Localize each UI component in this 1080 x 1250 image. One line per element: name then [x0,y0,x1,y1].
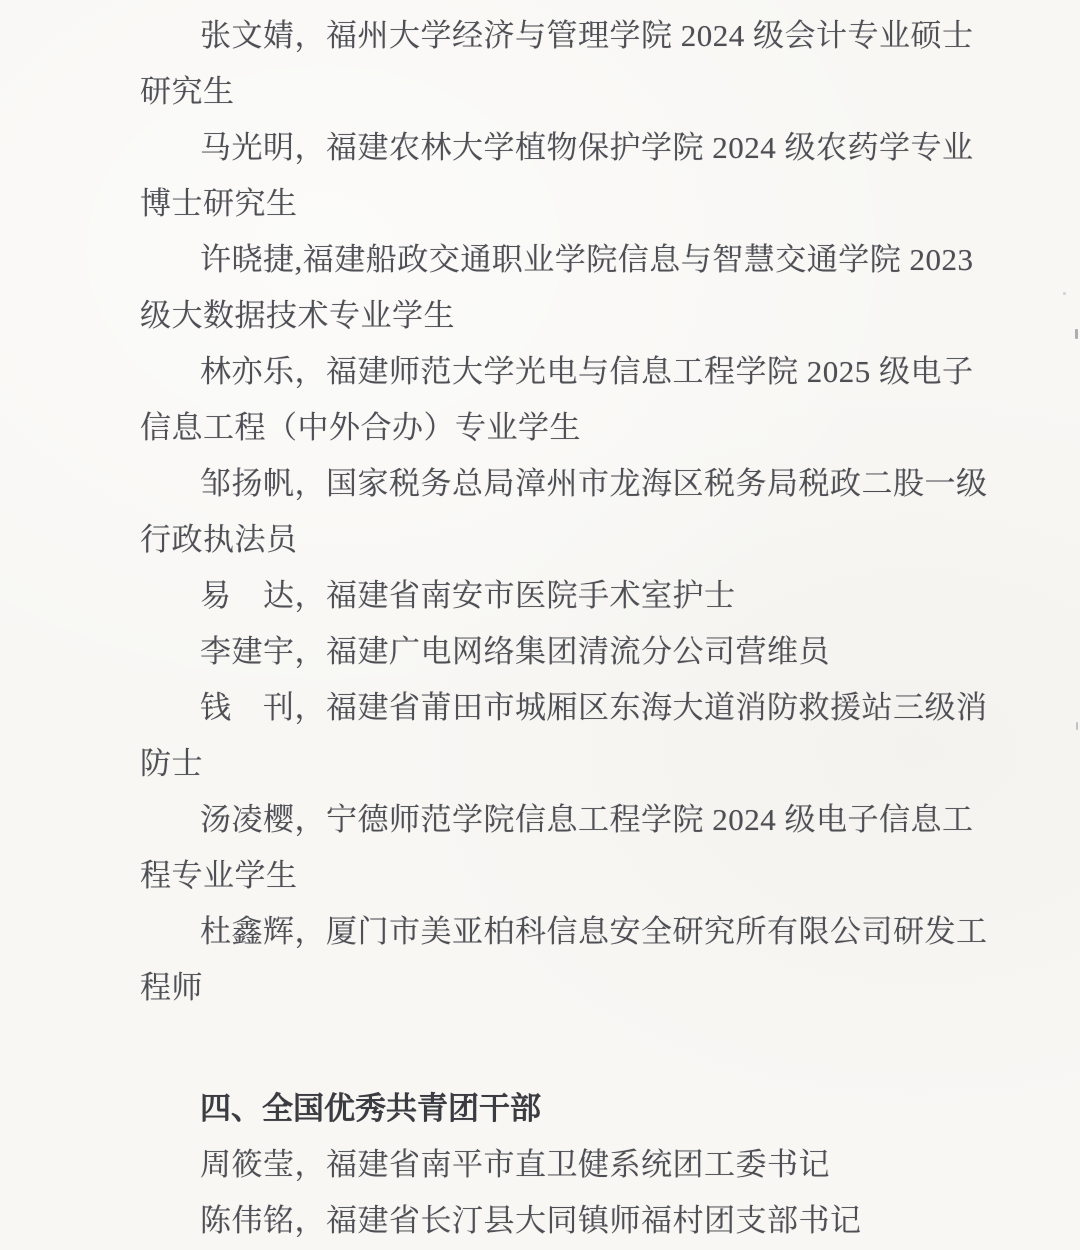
text-line: 程师 [140,960,1040,1016]
text-line: 马光明，福建农林大学植物保护学院 2024 级农药学专业 [140,120,1040,176]
text-line: 博士研究生 [140,176,1040,232]
text-line: 许晓捷,福建船政交通职业学院信息与智慧交通学院 2023 [140,232,1040,288]
scanned-document-page: 张文婧，福州大学经济与管理学院 2024 级会计专业硕士 研究生 马光明，福建农… [0,0,1080,1250]
text-line: 汤凌樱，宁德师范学院信息工程学院 2024 级电子信息工 [140,792,1040,848]
scan-artifact-speck [1063,292,1066,295]
text-line: 程专业学生 [140,848,1040,904]
text-line: 防士 [140,736,1040,792]
line-text: 博士研究生 [140,186,298,221]
line-text: 马光明，福建农林大学植物保护学院 2024 级农药学专业 [200,130,974,165]
section-heading: 四、全国优秀共青团干部 [140,1081,1040,1137]
text-line: 林亦乐，福建师范大学光电与信息工程学院 2025 级电子 [140,344,1040,400]
line-text: 级大数据技术专业学生 [140,298,455,333]
line-text: 李建宇，福建广电网络集团清流分公司营维员 [200,634,830,669]
line-text: 陈伟铭，福建省长汀县大同镇师福村团支部书记 [200,1203,862,1238]
line-text: 邹扬帆，国家税务总局漳州市龙海区税务局税政二股一级 [200,466,988,501]
text-line: 易 达，福建省南安市医院手术室护士 [140,568,1040,624]
text-line: 张文婧，福州大学经济与管理学院 2024 级会计专业硕士 [140,8,1040,64]
line-text: 程师 [140,970,203,1005]
line-text: 林亦乐，福建师范大学光电与信息工程学院 2025 级电子 [200,354,974,389]
line-text: 杜鑫辉，厦门市美亚柏科信息安全研究所有限公司研发工 [200,914,988,949]
text-line: 李建宇，福建广电网络集团清流分公司营维员 [140,624,1040,680]
document-text-column: 张文婧，福州大学经济与管理学院 2024 级会计专业硕士 研究生 马光明，福建农… [140,8,1040,1249]
line-text: 钱 刊，福建省莆田市城厢区东海大道消防救援站三级消 [200,690,988,725]
line-text: 许晓捷,福建船政交通职业学院信息与智慧交通学院 2023 [200,242,974,277]
line-text: 信息工程（中外合办）专业学生 [140,410,581,445]
text-line: 级大数据技术专业学生 [140,288,1040,344]
line-text: 程专业学生 [140,858,298,893]
text-line: 陈伟铭，福建省长汀县大同镇师福村团支部书记 [140,1193,1040,1249]
text-line: 邹扬帆，国家税务总局漳州市龙海区税务局税政二股一级 [140,456,1040,512]
line-text: 张文婧，福州大学经济与管理学院 2024 级会计专业硕士 [200,18,974,53]
line-text: 防士 [140,746,203,781]
line-text: 易 达，福建省南安市医院手术室护士 [200,578,736,613]
line-text: 研究生 [140,74,235,109]
text-line: 行政执法员 [140,512,1040,568]
scan-artifact-speck [1076,722,1078,730]
line-text: 行政执法员 [140,522,298,557]
line-text: 汤凌樱，宁德师范学院信息工程学院 2024 级电子信息工 [200,802,974,837]
text-line: 周筱莹，福建省南平市直卫健系统团工委书记 [140,1137,1040,1193]
line-text: 四、全国优秀共青团干部 [200,1091,541,1126]
text-line: 研究生 [140,64,1040,120]
text-line: 信息工程（中外合办）专业学生 [140,400,1040,456]
scan-artifact-speck [1075,329,1078,339]
line-text: 周筱莹，福建省南平市直卫健系统团工委书记 [200,1147,830,1182]
text-line: 杜鑫辉，厦门市美亚柏科信息安全研究所有限公司研发工 [140,904,1040,960]
text-line: 钱 刊，福建省莆田市城厢区东海大道消防救援站三级消 [140,680,1040,736]
